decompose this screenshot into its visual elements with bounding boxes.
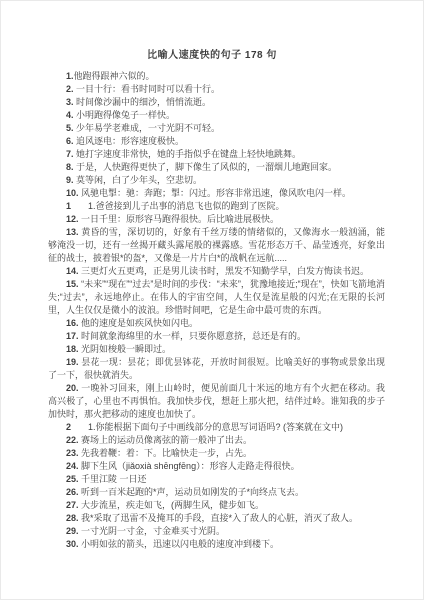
item-number: 1. [66, 71, 74, 81]
item-number: 23. [66, 448, 81, 458]
item-text: 千里江陵 一日还 [81, 474, 147, 484]
item-number: 26. [66, 487, 81, 497]
item-number: 20. [66, 383, 81, 393]
item-number: 7. [66, 149, 76, 159]
item-text: 时间像沙漏中的细沙，悄悄流逝。 [76, 97, 211, 107]
item-text: 追风逐电：形容速度极快。 [76, 136, 184, 146]
sentence-list: 1.他跑得跟神六似的。2. 一目十行：看书时同时可以看十行。3. 时间像沙漏中的… [1, 70, 423, 551]
item-number: 9. [66, 175, 76, 185]
list-item: 11.爸爸接到儿子出事的消息飞也似的跑到了医院。 [48, 200, 385, 213]
list-item: 9. 莫等闲，白了少年头，空悲切。 [48, 174, 385, 187]
item-text: 少年易学老难成，一寸光阴不可轻。 [76, 123, 220, 133]
list-item: 23. 先我着鞭：着：下。比喻快走一步，占先。 [48, 447, 385, 460]
item-text: 小明如弦的箭头，迅速以闪电般的速度冲到楼下。 [81, 539, 279, 549]
list-item: 30. 小明如弦的箭头，迅速以闪电般的速度冲到楼下。 [48, 538, 385, 551]
list-item: 10. 风驰电掣：驰：奔跑；掣：闪过。形容非常迅速，像风吹电闪一样。 [48, 187, 385, 200]
item-number: 12. [66, 214, 81, 224]
list-item: 2. 一目十行：看书时同时可以看十行。 [48, 83, 385, 96]
list-item: 12. 一日千里：原形容马跑得很快。后比喻进展极快。 [48, 213, 385, 226]
item-text: 听到一百米起跑的*声，运动员如刚发的子*向终点飞去。 [81, 487, 304, 497]
item-number: 6. [66, 136, 76, 146]
item-text: 他跑得跟神六似的。 [74, 71, 155, 81]
list-item: 24. 脚下生风（jiǎoxià shēngfēng）：形容人走路走得很快。 [48, 460, 385, 473]
list-item: 28. 我*采取了迅雷不及掩耳的手段，直接*入了敌人的心脏，消灭了敌人。 [48, 512, 385, 525]
item-number: 29. [66, 526, 81, 536]
item-text: “未来”“现在”“过去”是时间的步伐：“未来”，犹豫地接近;“现在”，快如飞箭地… [48, 279, 385, 315]
item-text: 小明跑得像兔子一样快。 [76, 110, 175, 120]
list-item: 26. 听到一百米起跑的*声，运动员如刚发的子*向终点飞去。 [48, 486, 385, 499]
item-text: 一晚补习回来，刚上山岭时，便见前面几十米远的地方有个火把在移动。我高兴极了，心里… [48, 383, 385, 419]
item-text: 一日千里：原形容马跑得很快。后比喻进展极快。 [81, 214, 279, 224]
list-item: 18. 光阴如梭般一瞬即过。 [48, 343, 385, 356]
list-item: 22. 赛场上的运动员像离弦的箭一般冲了出去。 [48, 434, 385, 447]
list-item: 25. 千里江陵 一日还 [48, 473, 385, 486]
item-number: 2. [66, 84, 76, 94]
item-text: 先我着鞭：着：下。比喻快走一步，占先。 [81, 448, 252, 458]
item-text: 昙花一现：昙花；即优昙钵花，开放时间很短。比喻美好的事物或景象出现了一下，很快就… [48, 357, 385, 380]
list-item: 13. 黄昏的雪，深切切的，好象有千丝万缕的情绪似的，又像海水一般汹涌，能够淹没… [48, 226, 385, 265]
item-number: 28. [66, 513, 81, 523]
list-item: 15. “未来”“现在”“过去”是时间的步伐：“未来”，犹豫地接近;“现在”，快… [48, 278, 385, 317]
item-text: 一寸光阴一寸金，寸金难买寸光阴。 [81, 526, 225, 536]
item-number: 13. [66, 227, 81, 237]
item-text: 1.你能根据下面句子中画线部分的意思写词语吗? (答案就在文中) [88, 422, 343, 432]
list-item: 3. 时间像沙漏中的细沙，悄悄流逝。 [48, 96, 385, 109]
item-number: 15. [66, 279, 81, 289]
item-text: 黄昏的雪，深切切的，好象有千丝万缕的情绪似的，又像海水一般汹涌，能够淹没一切，还… [48, 227, 385, 263]
item-number: 22. [66, 435, 81, 445]
item-text: 时间就象海绵里的水一样，只要你愿意挤，总还是有的。 [81, 331, 306, 341]
list-item: 16. 他的速度是如疾风快如闪电。 [48, 317, 385, 330]
list-item: 6. 追风逐电：形容速度极快。 [48, 135, 385, 148]
item-number: 4. [66, 110, 76, 120]
item-number: 16. [66, 318, 81, 328]
item-number: 24. [66, 461, 81, 471]
item-number: 5. [66, 123, 76, 133]
list-item: 8. 于是，人快跑得更快了，脚下像生了风似的，一溜烟儿地跑回家。 [48, 161, 385, 174]
item-number: 1 [66, 201, 71, 211]
list-item: 29. 一寸光阴一寸金，寸金难买寸光阴。 [48, 525, 385, 538]
document-page: 比喻人速度快的句子 178 句 1.他跑得跟神六似的。2. 一目十行：看书时同时… [0, 0, 424, 600]
item-number: 2 [66, 422, 71, 432]
list-item: 5. 少年易学老难成，一寸光阴不可轻。 [48, 122, 385, 135]
item-text: 大步流星，疾走如飞，(两脚生风，健步如飞。 [81, 500, 264, 510]
item-text: 莫等闲，白了少年头，空悲切。 [76, 175, 202, 185]
item-text: 她打字速度非常快，她的手指似乎在键盘上轻快地跳舞。 [76, 149, 301, 159]
list-item: 19. 昙花一现：昙花；即优昙钵花，开放时间很短。比喻美好的事物或景象出现了一下… [48, 356, 385, 382]
item-text: 脚下生风（jiǎoxià shēngfēng）：形容人走路走得很快。 [81, 461, 300, 471]
list-item: 21.你能根据下面句子中画线部分的意思写词语吗? (答案就在文中) [48, 421, 385, 434]
list-item: 4. 小明跑得像兔子一样快。 [48, 109, 385, 122]
item-text: 光阴如梭般一瞬即过。 [81, 344, 171, 354]
item-number: 3. [66, 97, 76, 107]
list-item: 7. 她打字速度非常快，她的手指似乎在键盘上轻快地跳舞。 [48, 148, 385, 161]
item-number: 30. [66, 539, 81, 549]
list-item: 1.他跑得跟神六似的。 [48, 70, 385, 83]
list-item: 14. 三更灯火五更鸡，正是男儿读书时，黑发不知勤学早，白发方悔读书迟。 [48, 265, 385, 278]
item-text: 三更灯火五更鸡，正是男儿读书时，黑发不知勤学早，白发方悔读书迟。 [81, 266, 369, 276]
list-item: 20. 一晚补习回来，刚上山岭时，便见前面几十米远的地方有个火把在移动。我高兴极… [48, 382, 385, 421]
item-number: 10. [66, 188, 81, 198]
item-number: 25. [66, 474, 81, 484]
item-text: 1.爸爸接到儿子出事的消息飞也似的跑到了医院。 [88, 201, 285, 211]
item-number: 17. [66, 331, 81, 341]
item-text: 于是，人快跑得更快了，脚下像生了风似的，一溜烟儿地跑回家。 [76, 162, 337, 172]
item-number: 19. [66, 357, 81, 367]
page-title: 比喻人速度快的句子 178 句 [1, 46, 423, 61]
list-item: 27. 大步流星，疾走如飞，(两脚生风，健步如飞。 [48, 499, 385, 512]
item-text: 他的速度是如疾风快如闪电。 [81, 318, 198, 328]
item-number: 8. [66, 162, 76, 172]
item-number: 14. [66, 266, 81, 276]
item-number: 18. [66, 344, 81, 354]
item-number: 27. [66, 500, 81, 510]
item-text: 风驰电掣：驰：奔跑；掣：闪过。形容非常迅速，像风吹电闪一样。 [81, 188, 351, 198]
list-item: 17. 时间就象海绵里的水一样，只要你愿意挤，总还是有的。 [48, 330, 385, 343]
item-text: 我*采取了迅雷不及掩耳的手段，直接*入了敌人的心脏，消灭了敌人。 [81, 513, 358, 523]
item-text: 一目十行：看书时同时可以看十行。 [76, 84, 220, 94]
item-text: 赛场上的运动员像离弦的箭一般冲了出去。 [81, 435, 252, 445]
